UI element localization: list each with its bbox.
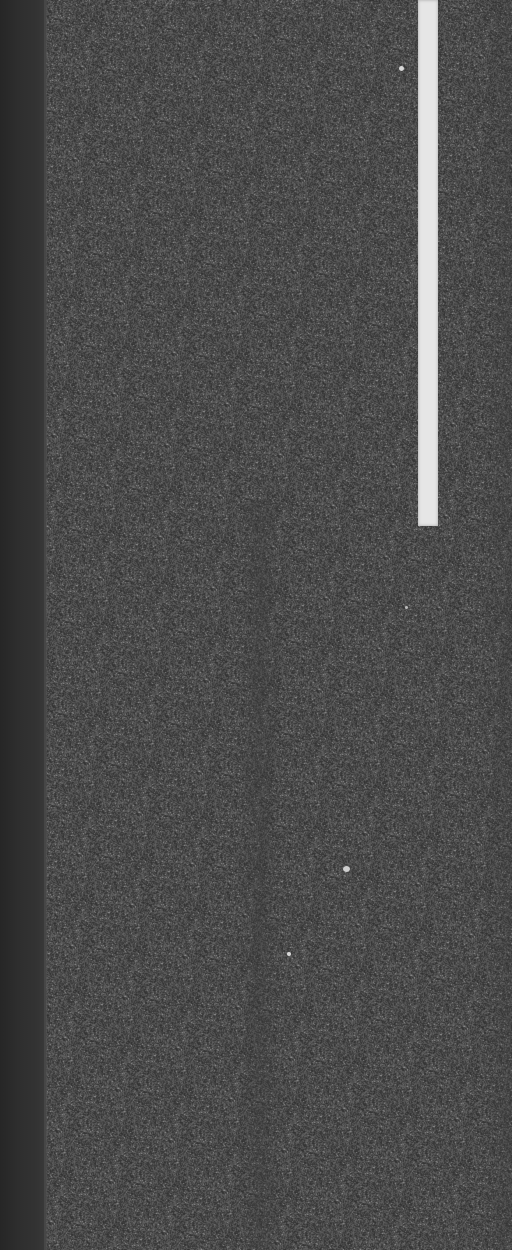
debris-speck — [399, 66, 404, 71]
debris-speck — [405, 606, 408, 609]
debris-speck — [343, 866, 350, 872]
shoulder-edge — [44, 0, 47, 1250]
pavement-seam — [240, 500, 280, 1250]
debris-speck — [287, 952, 291, 956]
road-shoulder — [0, 0, 46, 1250]
right-pavement-edge — [482, 0, 512, 1250]
road-scene — [0, 0, 512, 1250]
lane-marking — [418, 0, 438, 526]
